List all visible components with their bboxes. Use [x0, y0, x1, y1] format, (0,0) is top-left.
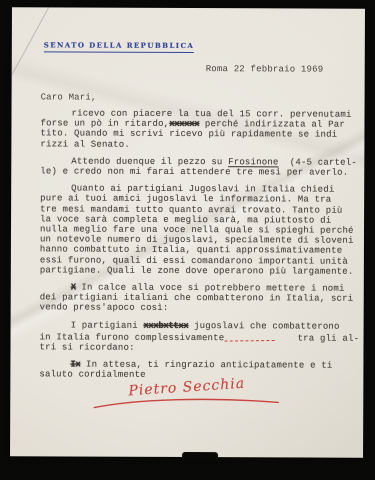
letter-body: ricevo con piacere la tua del 15 corr. p…: [39, 108, 362, 388]
text-run: rizzi al Senato.: [40, 139, 130, 149]
struck-out-text: xxxxxx: [169, 119, 199, 129]
salutation: Caro Mari,: [41, 92, 97, 102]
letter-line: vendo press'apoco così:: [40, 303, 362, 315]
text-run: I partigiani: [71, 320, 144, 330]
paragraph: Attendo duenque il pezzo su Frosinone (4…: [40, 156, 362, 178]
text-run: in Italia furono complessivamente: [40, 332, 225, 343]
text-run: vendo press'apoco così:: [40, 303, 169, 314]
date-line: Roma 22 febbraio 1969: [206, 64, 324, 75]
text-run: Attendo duenque il pezzo su: [71, 156, 228, 167]
letterhead: SENATO DELLA REPUBBLICA: [44, 40, 195, 53]
text-run: (4-5 cartel-: [279, 157, 357, 167]
letter-line: tri si ricordano:: [39, 342, 361, 354]
signature-block: Pietro Secchia: [128, 378, 288, 413]
paper: SENATO DELLA REPUBBLICA Roma 22 febbraio…: [10, 7, 365, 458]
letterhead-title: SENATO DELLA REPUBBLICA: [44, 40, 194, 50]
handwritten-blank-line: [224, 332, 274, 342]
text-run: le) e credo non mi farai attendere tre m…: [40, 166, 348, 177]
paragraph: X In calce alla voce si potrebbero mette…: [40, 282, 362, 314]
text-run: jugoslavi che combatterono: [188, 321, 339, 332]
struck-out-text: xxxbxttxx: [143, 320, 188, 330]
scan-background: SENATO DELLA REPUBBLICA Roma 22 febbraio…: [0, 0, 375, 480]
letter-line: le) e credo non mi farai attendere tre m…: [40, 166, 362, 178]
paragraph: ricevo con piacere la tua del 15 corr. p…: [40, 108, 362, 150]
text-run: tri si ricordano:: [39, 342, 134, 352]
paper-edge-notch: [182, 452, 218, 459]
paragraph: I partigiani xxxbxttxx jugoslavi che com…: [39, 320, 361, 354]
signature-flourish: [92, 396, 282, 413]
struck-out-text: Ix: [70, 360, 80, 370]
underlined-word: Frosinone: [228, 157, 278, 167]
letter-line: rizzi al Senato.: [40, 139, 362, 151]
letter-line: partigiane. Quali le zone dove operarono…: [40, 265, 362, 277]
text-run: partigiane. Quali le zone dove operarono…: [40, 265, 354, 276]
paragraph: Quanto ai partigiani Jugoslavi in Italia…: [40, 184, 362, 277]
text-run: tra gli al-: [286, 333, 359, 343]
